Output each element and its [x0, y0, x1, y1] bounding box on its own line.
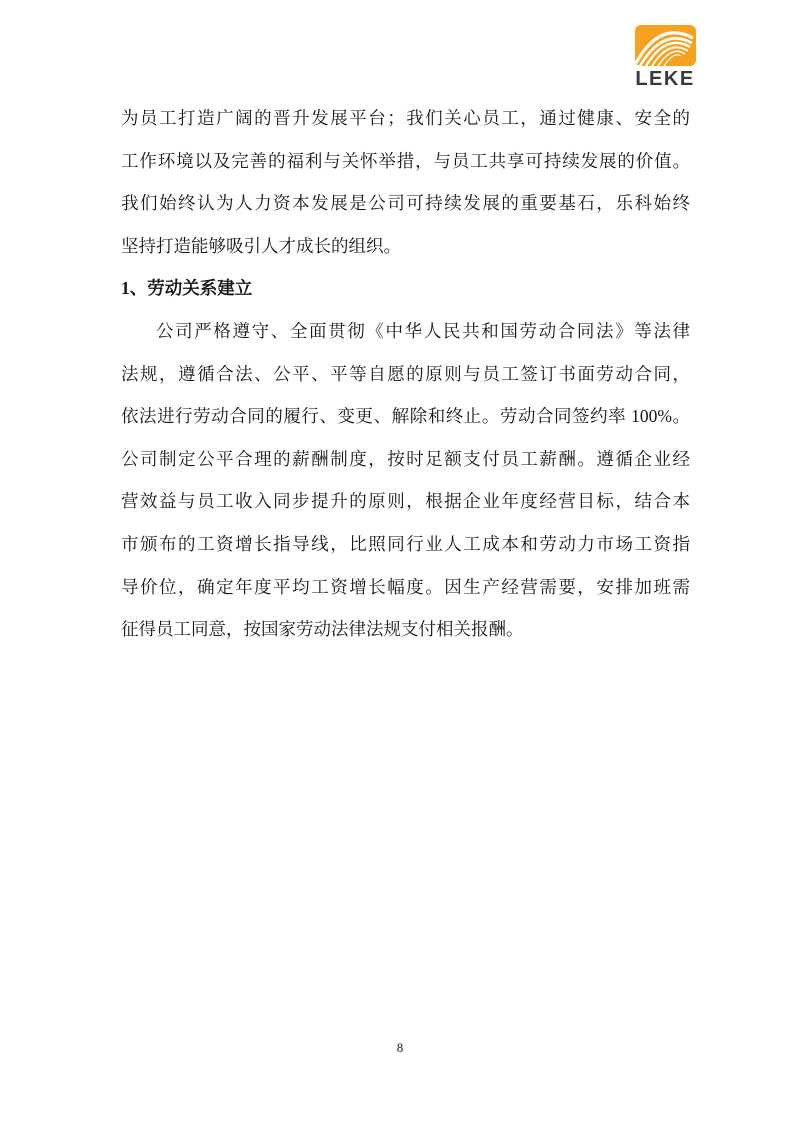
section-heading: 1、劳动关系建立 [121, 267, 690, 310]
text-line: 征得员工同意，按国家劳动法律法规支付相关报酬。 [121, 608, 690, 651]
logo-wordmark: LEKE [633, 68, 697, 90]
text-line: 坚持打造能够吸引人才成长的组织。 [121, 225, 690, 268]
text-line: 营效益与员工收入同步提升的原则，根据企业年度经营目标，结合本 [121, 480, 690, 523]
text-line: 依法进行劳动合同的履行、变更、解除和终止。劳动合同签约率 100%。 [121, 395, 690, 438]
text-line: 公司制定公平合理的薪酬制度，按时足额支付员工薪酬。遵循企业经 [121, 438, 690, 481]
page-number: 8 [0, 1038, 800, 1058]
text-line: 为员工打造广阔的晋升发展平台；我们关心员工，通过健康、安全的 [121, 97, 690, 140]
leke-logo-icon [635, 25, 696, 66]
text-line: 我们始终认为人力资本发展是公司可持续发展的重要基石，乐科始终 [121, 182, 690, 225]
body-text: 为员工打造广阔的晋升发展平台；我们关心员工，通过健康、安全的 工作环境以及完善的… [121, 97, 690, 651]
document-page: LEKE 为员工打造广阔的晋升发展平台；我们关心员工，通过健康、安全的 工作环境… [0, 0, 800, 1132]
text-line: 工作环境以及完善的福利与关怀举措，与员工共享可持续发展的价值。 [121, 140, 690, 183]
text-line: 公司严格遵守、全面贯彻《中华人民共和国劳动合同法》等法律 [121, 310, 690, 353]
text-line: 市颁布的工资增长指导线，比照同行业人工成本和劳动力市场工资指 [121, 523, 690, 566]
text-line: 法规，遵循合法、公平、平等自愿的原则与员工签订书面劳动合同， [121, 353, 690, 396]
text-line: 导价位，确定年度平均工资增长幅度。因生产经营需要，安排加班需 [121, 566, 690, 609]
company-logo: LEKE [633, 25, 697, 90]
